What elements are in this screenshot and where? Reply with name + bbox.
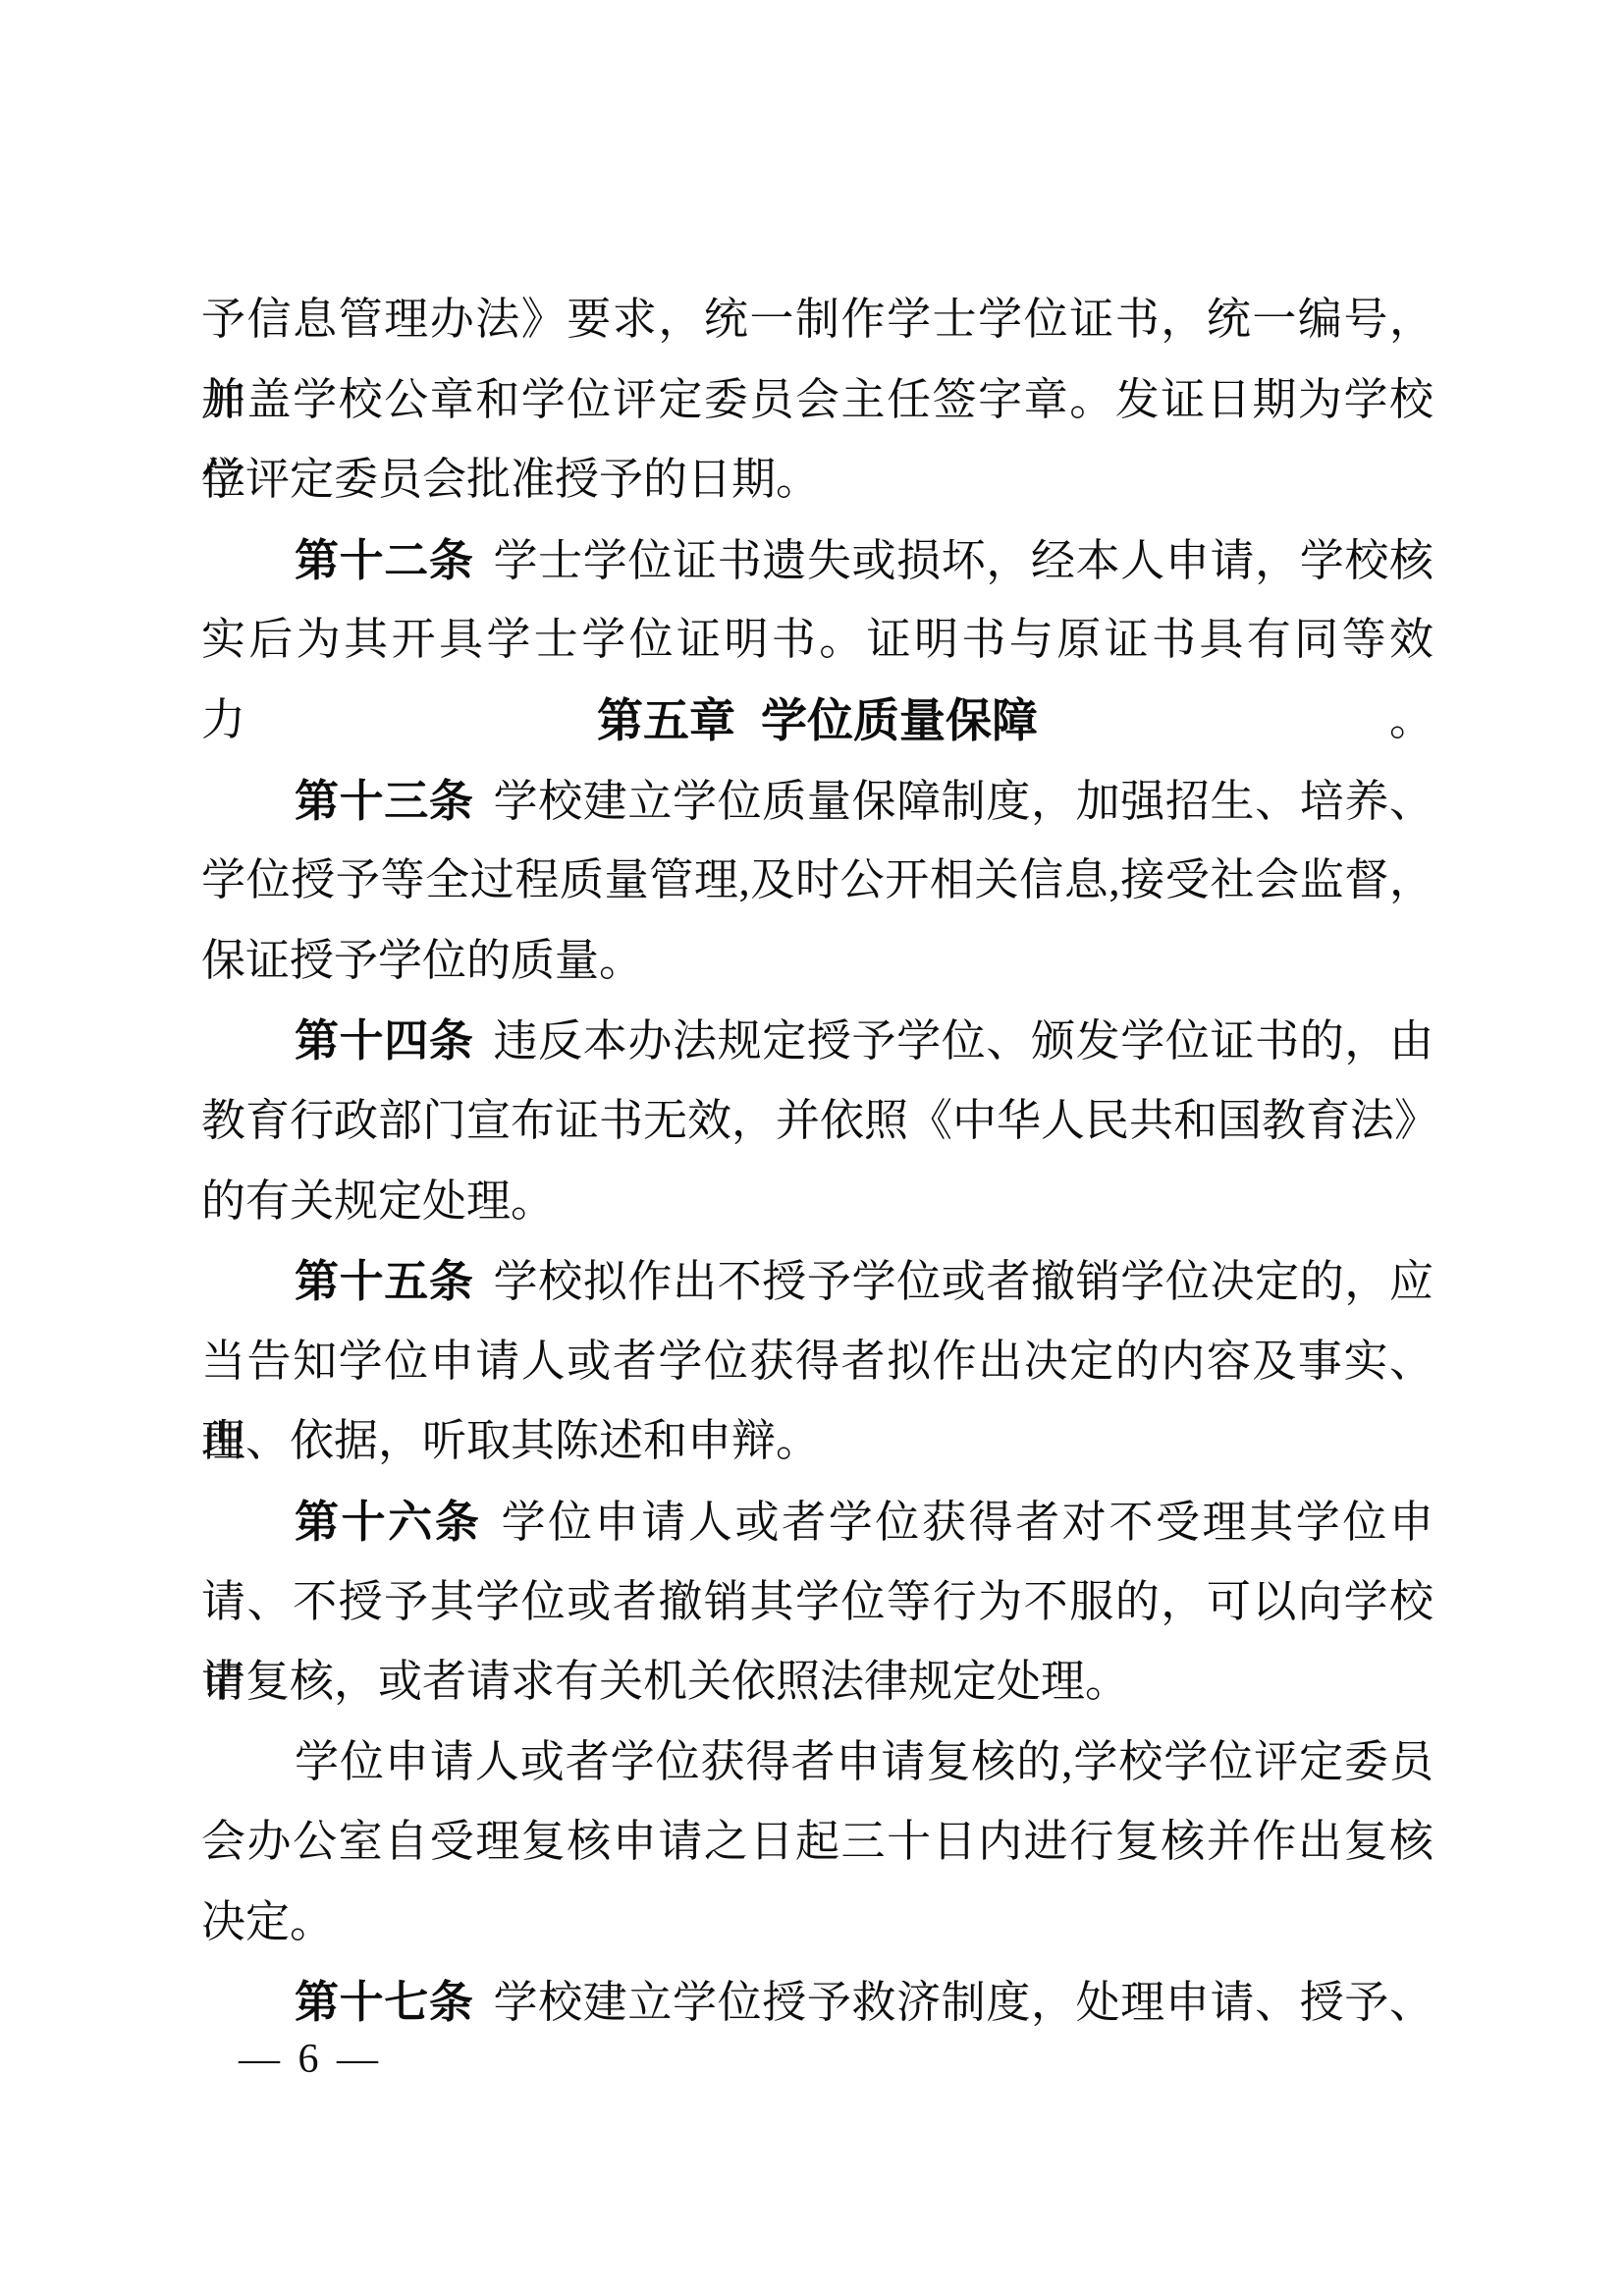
line-text: 学校拟作出不授予学位或者撤销学位决定的，应 — [494, 1257, 1433, 1306]
text-line-9: 保证授予学位的质量。 — [201, 921, 1433, 1002]
line-text: 学位授予等全过程质量管理,及时公开相关信息,接受社会监督， — [201, 855, 1433, 904]
document-body: 予信息管理办法》要求，统一制作学士学位证书，统一编号，并 加盖学校公章和学位评定… — [201, 280, 1433, 2043]
chapter-title: 学位质量保障 — [761, 694, 1038, 746]
article-17-number: 第十七条 — [295, 1977, 474, 2027]
text-line-3: 位评定委员会批准授予的日期。 — [201, 440, 1433, 520]
line-text: 学校建立学位授予救济制度，处理申请、授予、 — [494, 1978, 1433, 2027]
chapter-number: 第五章 — [597, 694, 735, 746]
text-line-2: 加盖学校公章和学位评定委员会主任签字章。发证日期为学校学 — [201, 360, 1433, 441]
article-15-number: 第十五条 — [295, 1256, 474, 1306]
line-text: 学士学位证书遗失或损坏，经本人申请，学校核 — [494, 536, 1433, 585]
line-text: 请复核，或者请求有关机关依照法律规定处理。 — [201, 1657, 1129, 1706]
text-line-8: 学位授予等全过程质量管理,及时公开相关信息,接受社会监督， — [201, 841, 1433, 921]
text-line-11: 教育行政部门宣布证书无效，并依照《中华人民共和国教育法》 — [201, 1081, 1433, 1162]
line-text: 违反本办法规定授予学位、颁发学位证书的，由 — [494, 1016, 1433, 1066]
line-text: 学校建立学位质量保障制度，加强招生、培养、 — [494, 777, 1433, 826]
article-16-number: 第十六条 — [295, 1497, 481, 1547]
line-text: 会办公室自受理复核申请之日起三十日内进行复核并作出复核 — [201, 1817, 1433, 1866]
line-text: 决定。 — [201, 1897, 334, 1946]
article-12-first-line: 第十二条学士学位证书遗失或损坏，经本人申请，学校核 — [201, 520, 1433, 601]
article-13-first-line: 第十三条学校建立学位质量保障制度，加强招生、培养、 — [201, 761, 1433, 842]
line-text: 由、依据，听取其陈述和申辩。 — [201, 1416, 820, 1465]
line-text: 学位申请人或者学位获得者对不受理其学位申 — [501, 1498, 1433, 1547]
article-12-number: 第十二条 — [295, 535, 474, 585]
text-line-21: 决定。 — [201, 1883, 1433, 1963]
text-line-17: 请、不授予其学位或者撤销其学位等行为不服的，可以向学校申 — [201, 1562, 1433, 1643]
article-14-number: 第十四条 — [295, 1015, 474, 1066]
line-text: 教育行政部门宣布证书无效，并依照《中华人民共和国教育法》 — [201, 1096, 1438, 1145]
article-13-number: 第十三条 — [295, 776, 474, 826]
line-text: 的有关规定处理。 — [201, 1176, 555, 1226]
text-line-20: 会办公室自受理复核申请之日起三十日内进行复核并作出复核 — [201, 1802, 1433, 1883]
text-line-5: 实后为其开具学士学位证明书。证明书与原证书具有同等效力。 — [201, 600, 1433, 681]
line-text: 保证授予学位的质量。 — [201, 936, 643, 985]
line-text: 学位申请人或者学位获得者申请复核的,学校学位评定委员 — [295, 1737, 1433, 1786]
text-line-1: 予信息管理办法》要求，统一制作学士学位证书，统一编号，并 — [201, 280, 1433, 360]
text-line-12: 的有关规定处理。 — [201, 1162, 1433, 1242]
article-16-first-line: 第十六条学位申请人或者学位获得者对不受理其学位申 — [201, 1482, 1433, 1562]
article-17-first-line: 第十七条学校建立学位授予救济制度，处理申请、授予、 — [201, 1962, 1433, 2043]
text-line-18: 请复核，或者请求有关机关依照法律规定处理。 — [201, 1642, 1433, 1722]
page-number: — 6 — — [239, 2025, 382, 2094]
text-line-19: 学位申请人或者学位获得者申请复核的,学校学位评定委员 — [201, 1722, 1433, 1803]
line-text: 位评定委员会批准授予的日期。 — [201, 455, 820, 504]
article-14-first-line: 第十四条违反本办法规定授予学位、颁发学位证书的，由 — [201, 1001, 1433, 1081]
document-page: 予信息管理办法》要求，统一制作学士学位证书，统一编号，并 加盖学校公章和学位评定… — [0, 0, 1622, 2296]
text-line-15: 由、依据，听取其陈述和申辩。 — [201, 1401, 1433, 1482]
text-line-14: 当告知学位申请人或者学位获得者拟作出决定的内容及事实、理 — [201, 1322, 1433, 1402]
article-15-first-line: 第十五条学校拟作出不授予学位或者撤销学位决定的，应 — [201, 1241, 1433, 1322]
